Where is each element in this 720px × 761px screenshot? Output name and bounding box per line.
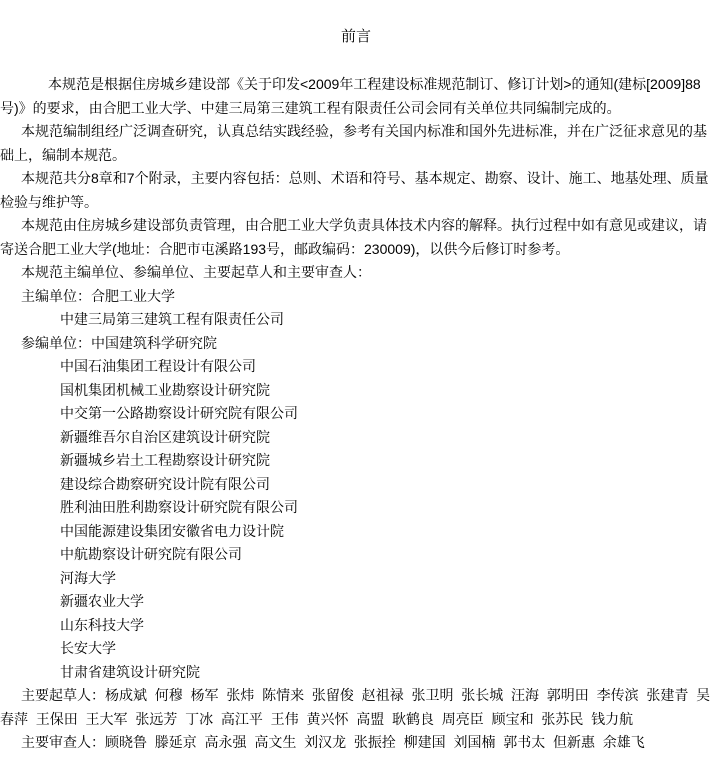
unit-line: 新疆维吾尔自治区建筑设计研究院 bbox=[0, 426, 712, 450]
unit-line: 新疆农业大学 bbox=[0, 590, 712, 614]
unit-line: 中国石油集团工程设计有限公司 bbox=[0, 355, 712, 379]
unit-line: 甘肃省建筑设计研究院 bbox=[0, 661, 712, 685]
unit-line: 中交第一公路勘察设计研究院有限公司 bbox=[0, 402, 712, 426]
unit-line: 山东科技大学 bbox=[0, 614, 712, 638]
chief-editor-label-line: 主编单位：合肥工业大学 bbox=[0, 285, 712, 309]
unit-line: 中建三局第三建筑工程有限责任公司 bbox=[0, 308, 712, 332]
intro-paragraph-3: 本规范共分8章和7个附录，主要内容包括：总则、术语和符号、基本规定、勘察、设计、… bbox=[0, 167, 712, 214]
document-page: 前言 本规范是根据住房城乡建设部《关于印发<2009年工程建设标准规范制订、修订… bbox=[0, 0, 720, 761]
unit-line: 新疆城乡岩土工程勘察设计研究院 bbox=[0, 449, 712, 473]
unit-line: 胜利油田胜利勘察设计研究院有限公司 bbox=[0, 496, 712, 520]
drafters-names: 杨成斌 何穆 杨军 张炜 陈情来 张留俊 赵祖禄 张卫明 张长城 汪海 郭明田 … bbox=[0, 687, 710, 727]
intro-paragraph-2: 本规范编制组经广泛调查研究，认真总结实践经验，参考有关国内标准和国外先进标准，并… bbox=[0, 120, 712, 167]
participating-units-rest: 中国石油集团工程设计有限公司国机集团机械工业勘察设计研究院中交第一公路勘察设计研… bbox=[0, 355, 712, 684]
drafters-label: 主要起草人： bbox=[21, 687, 105, 703]
participating-label: 参编单位： bbox=[21, 335, 91, 351]
unit-line: 建设综合勘察研究设计院有限公司 bbox=[0, 473, 712, 497]
chief-editor-unit: 合肥工业大学 bbox=[91, 288, 175, 304]
participating-label-line: 参编单位：中国建筑科学研究院 bbox=[0, 332, 712, 356]
unit-line: 中航勘察设计研究院有限公司 bbox=[0, 543, 712, 567]
participating-unit: 中国建筑科学研究院 bbox=[91, 335, 217, 351]
reviewers-line: 主要审查人：顾晓鲁 滕延京 高永强 高文生 刘汉龙 张振拴 柳建国 刘国楠 郭书… bbox=[0, 731, 712, 755]
unit-line: 河海大学 bbox=[0, 567, 712, 591]
intro-paragraph-4: 本规范由住房城乡建设部负责管理，由合肥工业大学负责具体技术内容的解释。执行过程中… bbox=[0, 214, 712, 261]
drafters-line: 主要起草人：杨成斌 何穆 杨军 张炜 陈情来 张留俊 赵祖禄 张卫明 张长城 汪… bbox=[0, 684, 712, 731]
reviewers-label: 主要审查人： bbox=[21, 734, 105, 750]
unit-line: 长安大学 bbox=[0, 637, 712, 661]
reviewers-names: 顾晓鲁 滕延京 高永强 高文生 刘汉龙 张振拴 柳建国 刘国楠 郭书太 但新惠 … bbox=[105, 734, 645, 750]
page-title: 前言 bbox=[0, 27, 712, 47]
chief-editor-label: 主编单位： bbox=[21, 288, 91, 304]
unit-line: 国机集团机械工业勘察设计研究院 bbox=[0, 379, 712, 403]
chief-editor-units: 主编单位：合肥工业大学 中建三局第三建筑工程有限责任公司 bbox=[0, 285, 712, 332]
intro-paragraph-1: 本规范是根据住房城乡建设部《关于印发<2009年工程建设标准规范制订、修订计划>… bbox=[0, 73, 712, 120]
units-intro-line: 本规范主编单位、参编单位、主要起草人和主要审查人： bbox=[0, 261, 712, 285]
unit-line: 中国能源建设集团安徽省电力设计院 bbox=[0, 520, 712, 544]
participating-units: 参编单位：中国建筑科学研究院 中国石油集团工程设计有限公司国机集团机械工业勘察设… bbox=[0, 332, 712, 685]
